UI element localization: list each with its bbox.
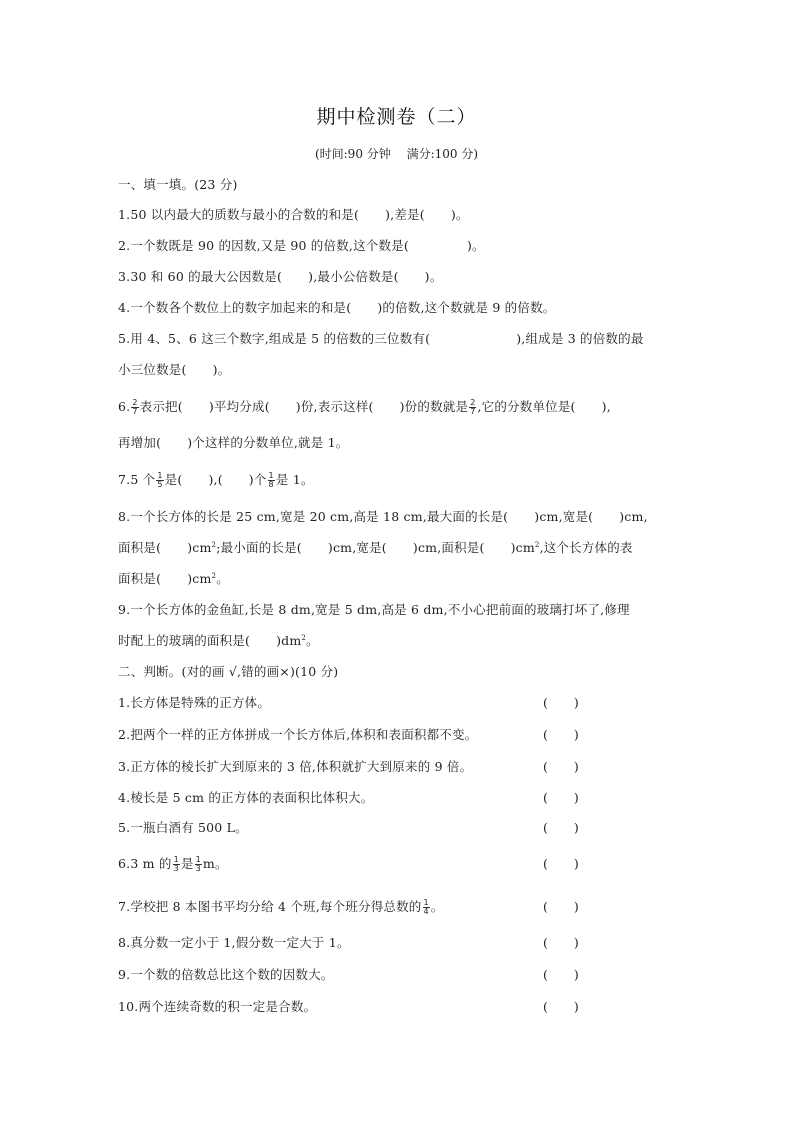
question-1-5: 5.用 4、5、6 这三个数字,组成是 5 的倍数的三位数有(),组成是 3 的… [118, 330, 644, 348]
question-1-5-cont: 小三位数是()。 [118, 361, 230, 379]
question-1-8: 8.一个长方体的长是 25 cm,宽是 20 cm,高是 18 cm,最大面的长… [118, 508, 648, 526]
judge-item-9: 9.一个数的倍数总比这个数的因数大。 [118, 966, 334, 984]
judge-answer-7[interactable]: () [543, 898, 579, 916]
page-subtitle: (时间:90 分钟 满分:100 分) [0, 145, 793, 162]
question-1-9: 9.一个长方体的金鱼缸,长是 8 dm,宽是 5 dm,高是 6 dm,不小心把… [118, 601, 630, 619]
judge-item-4: 4.棱长是 5 cm 的正方体的表面积比体积大。 [118, 789, 373, 807]
question-1-7: 7.5 个15是(),()个18是 1。 [118, 471, 314, 489]
judge-item-7: 7.学校把 8 本图书平均分给 4 个班,每个班分得总数的14。 [118, 898, 444, 916]
question-1-2: 2.一个数既是 90 的因数,又是 90 的倍数,这个数是()。 [118, 237, 485, 255]
judge-item-1: 1.长方体是特殊的正方体。 [118, 694, 270, 712]
judge-answer-3[interactable]: () [543, 758, 579, 776]
fraction: 14 [423, 899, 430, 916]
judge-item-6: 6.3 m 的13是13m。 [118, 855, 228, 873]
judge-answer-1[interactable]: () [543, 694, 579, 712]
judge-item-8: 8.真分数一定小于 1,假分数一定大于 1。 [118, 934, 350, 952]
question-1-4: 4.一个数各个数位上的数字加起来的和是()的倍数,这个数就是 9 的倍数。 [118, 299, 555, 317]
question-1-8-cont: 面积是()cm2;最小面的长是()cm,宽是()cm,面积是()cm2,这个长方… [118, 539, 633, 557]
judge-item-10: 10.两个连续奇数的积一定是合数。 [118, 998, 316, 1016]
section2-heading: 二、判断。(对的画 √,错的画×)(10 分) [118, 663, 338, 681]
judge-item-2: 2.把两个一样的正方体拼成一个长方体后,体积和表面积都不变。 [118, 726, 477, 744]
fraction: 27 [469, 399, 476, 416]
question-1-3: 3.30 和 60 的最大公因数是(),最小公倍数是()。 [118, 268, 442, 286]
page-title: 期中检测卷（二） [0, 102, 793, 129]
fraction: 13 [173, 856, 180, 873]
judge-answer-8[interactable]: () [543, 934, 579, 952]
question-1-9-cont: 时配上的玻璃的面积是()dm2。 [118, 632, 319, 650]
judge-answer-9[interactable]: () [543, 966, 579, 984]
fraction: 27 [131, 399, 138, 416]
question-1-8-cont2: 面积是()cm2。 [118, 570, 229, 588]
judge-answer-6[interactable]: () [543, 855, 579, 873]
judge-item-3: 3.正方体的棱长扩大到原来的 3 倍,体积就扩大到原来的 9 倍。 [118, 758, 472, 776]
question-1-1: 1.50 以内最大的质数与最小的合数的和是(),差是()。 [118, 206, 469, 224]
question-1-6: 6.27表示把()平均分成()份,表示这样()份的数就是27,它的分数单位是()… [118, 398, 611, 416]
judge-answer-10[interactable]: () [543, 998, 579, 1016]
fraction: 13 [195, 856, 202, 873]
judge-answer-2[interactable]: () [543, 726, 579, 744]
question-1-6-cont: 再增加()个这样的分数单位,就是 1。 [118, 434, 348, 452]
fraction: 18 [268, 472, 275, 489]
judge-answer-5[interactable]: () [543, 819, 579, 837]
section1-heading: 一、填一填。(23 分) [118, 176, 238, 194]
judge-answer-4[interactable]: () [543, 789, 579, 807]
fraction: 15 [156, 472, 163, 489]
judge-item-5: 5.一瓶白酒有 500 L。 [118, 819, 248, 837]
